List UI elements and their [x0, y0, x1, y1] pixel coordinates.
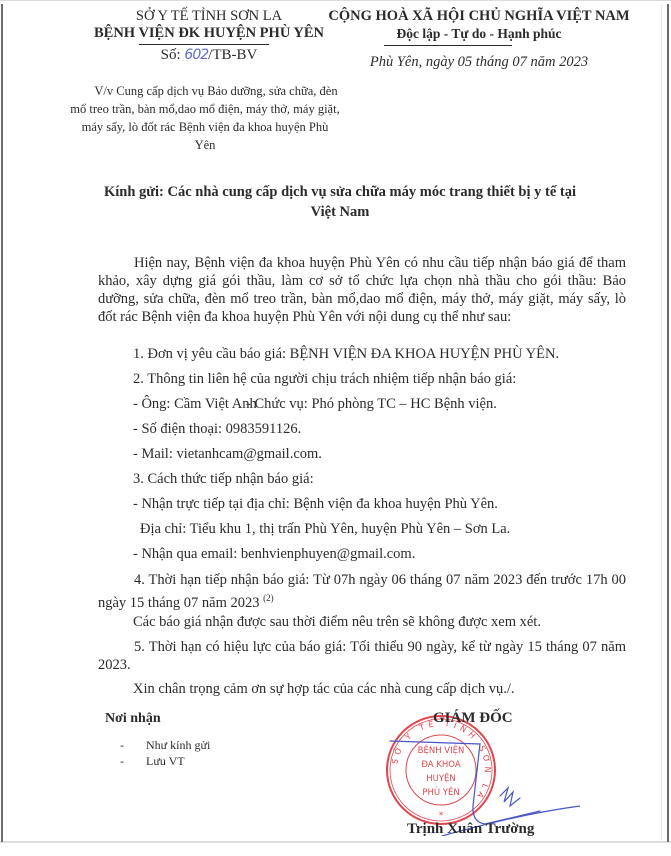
- signer-name: Trịnh Xuân Trường: [407, 821, 534, 838]
- contact-role: - Chức vụ: Phó phòng TC – HC Bệnh viện.: [246, 396, 497, 413]
- footnote-marker: (2): [263, 593, 274, 603]
- contact-phone: - Số điện thoại: 0983591126.: [133, 421, 301, 438]
- document-number-handwritten: 602: [184, 47, 208, 63]
- document-number-label: Số:: [161, 47, 181, 63]
- organization-underline: [139, 44, 269, 45]
- signer-title: GIÁM ĐỐC: [433, 710, 513, 727]
- recipient-item: -Lưu VT: [120, 754, 185, 769]
- national-motto: Độc lập - Tự do - Hạnh phúc: [314, 26, 644, 42]
- method-email: - Nhận qua email: benhvienphuyen@gmail.c…: [133, 546, 415, 563]
- document-number-suffix: /TB-BV: [208, 47, 257, 63]
- organization-name: BỆNH VIỆN ĐK HUYỆN PHÙ YÊN: [84, 25, 334, 42]
- recipients-title: Nơi nhận: [105, 711, 161, 727]
- national-title: CỘNG HOÀ XÃ HỘI CHỦ NGHĨA VIỆT NAM: [314, 8, 644, 25]
- item-5-validity: 5. Thời hạn có hiệu lực của báo giá: Tối…: [98, 638, 626, 674]
- method-direct-address: Địa chỉ: Tiểu khu 1, thị trấn Phù Yên, h…: [140, 521, 510, 538]
- contact-email: - Mail: vietanhcam@gmail.com.: [133, 446, 322, 463]
- document-number: Số: 602/TB-BV: [84, 47, 334, 64]
- page-right-edge: [667, 4, 669, 842]
- item-1-requesting-unit: 1. Đơn vị yêu cầu báo giá: BỆNH VIỆN ĐA …: [133, 346, 559, 363]
- contact-name: - Ông: Cầm Việt Anh: [133, 396, 257, 413]
- page-right-shadow: [661, 4, 662, 842]
- late-quote-notice: Các báo giá nhận được sau thời điểm nêu …: [133, 613, 633, 631]
- parent-organization: SỞ Y TẾ TỈNH SƠN LA: [84, 8, 334, 25]
- recipient-item: -Như kính gửi: [120, 738, 210, 753]
- intro-paragraph: Hiện nay, Bệnh viện đa khoa huyện Phù Yê…: [98, 254, 626, 326]
- page-left-edge: [1, 4, 3, 842]
- motto-underline: [384, 45, 512, 46]
- document-page: SỞ Y TẾ TỈNH SƠN LA BỆNH VIỆN ĐK HUYỆN P…: [0, 0, 671, 843]
- item-3-receiving-method: 3. Cách thức tiếp nhận báo giá:: [133, 471, 314, 488]
- item-2-contact-info: 2. Thông tin liên hệ của người chịu trác…: [133, 371, 516, 388]
- item-4-deadline: 4. Thời hạn tiếp nhận báo giá: Từ 07h ng…: [98, 571, 626, 612]
- method-direct: - Nhận trực tiếp tại địa chỉ: Bệnh viện …: [133, 496, 498, 513]
- closing-thanks: Xin chân trọng cảm ơn sự hợp tác của các…: [133, 680, 633, 698]
- document-subject: V/v Cung cấp dịch vụ Bảo dưỡng, sửa chữa…: [70, 82, 340, 154]
- place-date: Phù Yên, ngày 05 tháng 07 năm 2023: [314, 54, 644, 71]
- recipient-heading: Kính gửi: Các nhà cung cấp dịch vụ sửa c…: [100, 182, 580, 222]
